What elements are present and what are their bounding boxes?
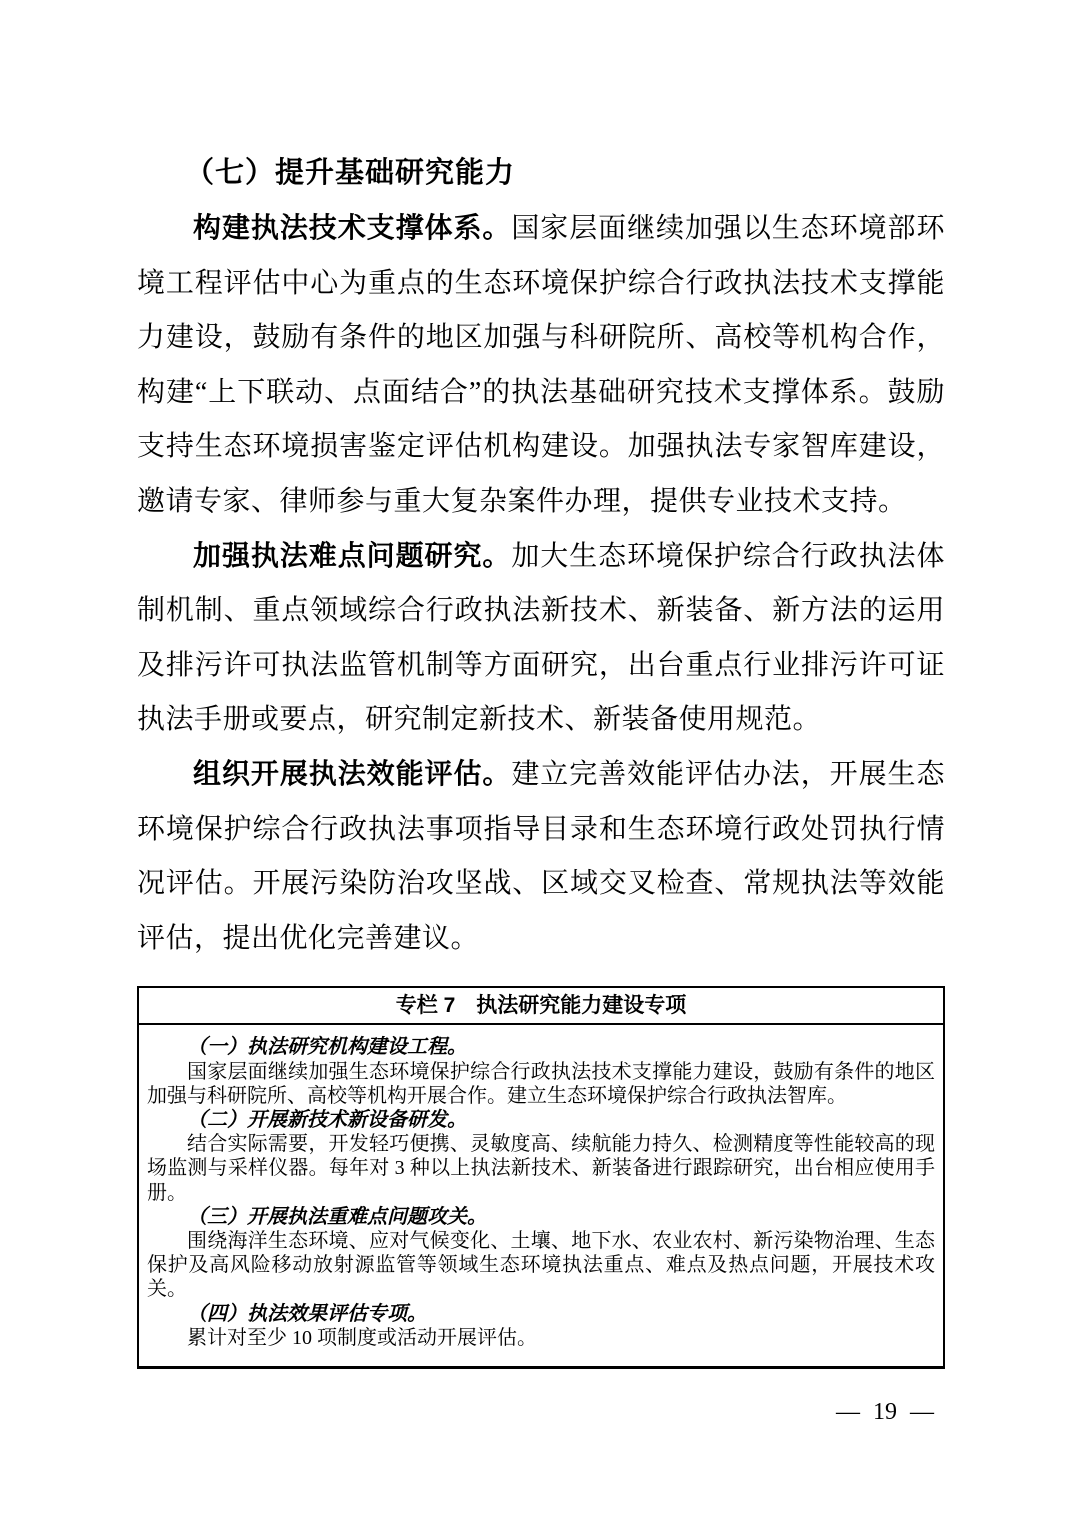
paragraph-lead: 组织开展执法效能评估。 bbox=[193, 759, 511, 790]
panel-title: 专栏 7 执法研究能力建设专项 bbox=[139, 988, 943, 1025]
page-number-value: 19 bbox=[873, 1398, 897, 1426]
special-column-panel: 专栏 7 执法研究能力建设专项 （一）执法研究机构建设工程。 国家层面继续加强生… bbox=[137, 986, 945, 1369]
page-number-dash-right: — bbox=[910, 1398, 934, 1426]
panel-item-body: 国家层面继续加强生态环境保护综合行政执法技术支撑能力建设，鼓励有条件的地区加强与… bbox=[147, 1060, 935, 1108]
page-number: — 19 — bbox=[836, 1398, 934, 1426]
document-page: （七）提升基础研究能力 构建执法技术支撑体系。国家层面继续加强以生态环境部环境工… bbox=[0, 0, 1074, 1520]
page-number-dash-left: — bbox=[836, 1398, 860, 1426]
document-content: （七）提升基础研究能力 构建执法技术支撑体系。国家层面继续加强以生态环境部环境工… bbox=[137, 0, 945, 1369]
panel-item-body: 累计对至少 10 项制度或活动开展评估。 bbox=[147, 1326, 935, 1350]
section-heading: （七）提升基础研究能力 bbox=[137, 155, 945, 191]
panel-item-body: 围绕海洋生态环境、应对气候变化、土壤、地下水、农业农村、新污染物治理、生态保护及… bbox=[147, 1229, 935, 1302]
panel-item-heading: （二）开展新技术新设备研发。 bbox=[147, 1108, 935, 1132]
panel-item-heading: （一）执法研究机构建设工程。 bbox=[147, 1035, 935, 1059]
panel-item-heading: （三）开展执法重难点问题攻关。 bbox=[147, 1205, 935, 1229]
panel-item-body: 结合实际需要，开发轻巧便携、灵敏度高、续航能力持久、检测精度等性能较高的现场监测… bbox=[147, 1132, 935, 1205]
paragraph-lead: 构建执法技术支撑体系。 bbox=[193, 213, 511, 244]
paragraph-technical-support: 构建执法技术支撑体系。国家层面继续加强以生态环境部环境工程评估中心为重点的生态环… bbox=[137, 202, 945, 530]
panel-body: （一）执法研究机构建设工程。 国家层面继续加强生态环境保护综合行政执法技术支撑能… bbox=[139, 1025, 943, 1366]
paragraph-efficiency-evaluation: 组织开展执法效能评估。建立完善效能评估办法，开展生态环境保护综合行政执法事项指导… bbox=[137, 748, 945, 966]
paragraph-text: 国家层面继续加强以生态环境部环境工程评估中心为重点的生态环境保护综合行政执法技术… bbox=[137, 213, 945, 517]
panel-item-heading: （四）执法效果评估专项。 bbox=[147, 1302, 935, 1326]
paragraph-lead: 加强执法难点问题研究。 bbox=[193, 541, 511, 572]
paragraph-difficult-issues: 加强执法难点问题研究。加大生态环境保护综合行政执法体制机制、重点领域综合行政执法… bbox=[137, 530, 945, 748]
